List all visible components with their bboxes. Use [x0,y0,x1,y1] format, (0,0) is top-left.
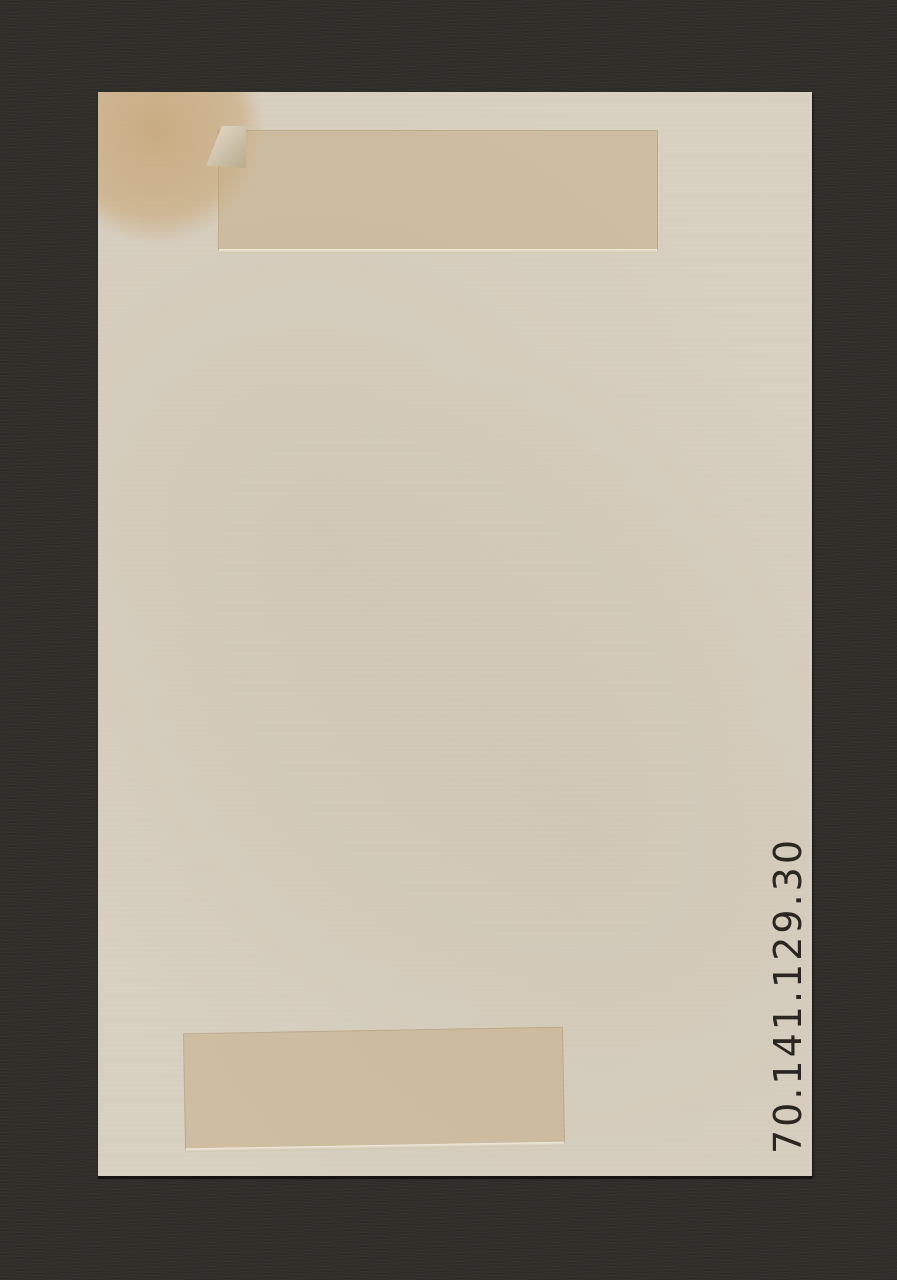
paper-card: 70.141.129.30 [98,92,812,1176]
bottom-tape [183,1027,565,1150]
tape-edge [186,1142,564,1153]
top-tape [218,130,658,250]
accession-number: 70.141.129.30 [766,837,810,1154]
tape-edge [219,249,657,253]
